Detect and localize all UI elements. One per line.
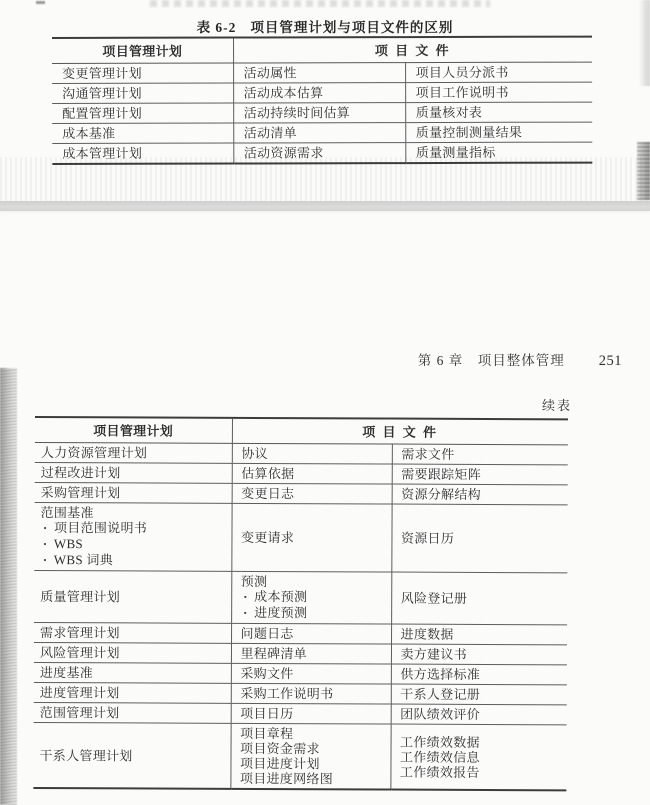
document-cell: 活动成本估算 (233, 83, 405, 103)
cell-line: 供方选择标准 (400, 667, 563, 683)
cell-line: 预测 (241, 574, 387, 590)
cell-line: 配置管理计划 (62, 106, 229, 121)
page-edge-shadow-top (639, 0, 650, 86)
document-cell: 活动清单 (233, 123, 405, 143)
cell-line: •WBS 词典 (40, 552, 227, 569)
cutoff-text-remnant (150, 0, 490, 7)
cell-line: 项目进度计划 (240, 756, 386, 772)
table-row: 范围管理计划项目日历团队绩效评价 (34, 702, 567, 724)
cell-line: 问题日志 (241, 626, 387, 642)
table-row: 干系人管理计划项目章程项目资金需求项目进度计划项目进度网络图工作绩效数据工作绩效… (33, 722, 566, 790)
cell-line: 采购文件 (240, 666, 386, 682)
plan-cell: 需求管理计划 (34, 622, 231, 643)
column-header-plan: 项目管理计划 (52, 38, 233, 64)
cell-line: 进度数据 (401, 627, 564, 643)
scanned-book-page: 表 6-2项目管理计划与项目文件的区别 项目管理计划 项 目 文 件 变更管理计… (0, 0, 650, 805)
plan-cell: 成本管理计划 (52, 143, 233, 164)
comparison-table-top: 项目管理计划 项 目 文 件 变更管理计划活动属性项目人员分派书沟通管理计划活动… (52, 36, 592, 165)
cell-line: 成本管理计划 (62, 146, 229, 161)
bullet-icon: • (244, 592, 247, 602)
cell-line: 工作绩效数据 (400, 734, 563, 750)
cell-line: 项目资金需求 (240, 741, 386, 757)
document-cell: 需要跟踪矩阵 (392, 464, 568, 485)
plan-cell: 配置管理计划 (52, 103, 233, 123)
table-caption-number: 表 6-2 (197, 20, 237, 35)
cell-text: 项目范围说明书 (54, 520, 147, 535)
cell-line: 活动持续时间估算 (244, 105, 401, 120)
document-cell: 采购文件 (231, 663, 391, 684)
bullet-icon: • (43, 555, 46, 565)
cell-line: 风险登记册 (401, 591, 564, 607)
column-header-documents: 项 目 文 件 (233, 37, 592, 63)
document-cell: 预测•成本预测•进度预测 (231, 571, 391, 624)
document-cell: 进度数据 (391, 624, 567, 645)
cell-line: 变更请求 (241, 530, 387, 546)
cell-line: 人力资源管理计划 (41, 445, 228, 461)
comparison-table-continued: 项目管理计划 项 目 文 件 人力资源管理计划协议需求文件过程改进计划估算依据需… (33, 416, 568, 791)
document-cell: 活动持续时间估算 (233, 103, 405, 123)
table-caption-title: 项目管理计划与项目文件的区别 (250, 20, 453, 35)
cell-line: •WBS (40, 536, 227, 553)
cell-line: 工作绩效信息 (400, 749, 563, 765)
bullet-icon: • (43, 523, 46, 533)
table-row: 进度管理计划采购工作说明书干系人登记册 (34, 682, 567, 704)
cell-text: WBS 词典 (54, 552, 113, 567)
table-row: 变更管理计划活动属性项目人员分派书 (52, 62, 592, 83)
cell-line: 需求管理计划 (40, 625, 227, 641)
document-cell: 项目章程项目资金需求项目进度计划项目进度网络图 (230, 723, 390, 789)
cell-line: 变更日志 (241, 486, 387, 502)
cell-line: 变更管理计划 (62, 66, 229, 81)
cell-line: 资源分解结构 (401, 487, 564, 503)
table-row: 进度基准采购文件供方选择标准 (34, 662, 567, 684)
cell-line: 活动属性 (244, 65, 401, 80)
cell-line: 风险管理计划 (40, 645, 227, 661)
cell-line: 范围管理计划 (40, 705, 227, 721)
cell-line: 里程碑清单 (240, 646, 386, 662)
plan-cell: 变更管理计划 (52, 63, 233, 83)
cell-text: WBS (54, 536, 83, 551)
cell-line: 干系人管理计划 (39, 748, 226, 764)
plan-cell: 进度管理计划 (34, 682, 231, 703)
table-row: 质量管理计划预测•成本预测•进度预测风险登记册 (34, 570, 567, 624)
cell-line: 活动清单 (244, 125, 401, 140)
cell-line: •进度预测 (241, 605, 387, 622)
cell-text: 成本预测 (254, 589, 307, 604)
page-number: 251 (599, 353, 622, 370)
cell-text: 进度预测 (254, 605, 307, 620)
cell-line: 范围基准 (41, 505, 228, 521)
cell-line: 项目工作说明书 (416, 85, 589, 100)
cell-line: 质量管理计划 (40, 589, 227, 605)
document-cell: 团队绩效评价 (391, 704, 567, 725)
plan-cell: 范围基准•项目范围说明书•WBS•WBS 词典 (34, 502, 231, 571)
document-cell: 需求文件 (392, 444, 568, 465)
table-row: 风险管理计划里程碑清单卖方建议书 (34, 642, 567, 664)
cell-line: •项目范围说明书 (40, 520, 227, 537)
table-row: 配置管理计划活动持续时间估算质量核对表 (52, 102, 592, 123)
plan-cell: 风险管理计划 (34, 642, 231, 663)
cell-line: 采购管理计划 (41, 485, 228, 501)
cell-line: 干系人登记册 (400, 687, 563, 703)
plan-cell: 范围管理计划 (34, 702, 231, 723)
table-row: 过程改进计划估算依据需要跟踪矩阵 (35, 462, 568, 484)
document-cell: 质量控制测量结果 (405, 122, 592, 142)
document-cell: 资源日历 (391, 504, 567, 573)
table-caption: 表 6-2项目管理计划与项目文件的区别 (0, 16, 650, 36)
cell-line: •成本预测 (241, 589, 387, 606)
bullet-icon: • (244, 608, 247, 618)
document-cell: 资源分解结构 (392, 484, 568, 505)
document-cell: 项目人员分派书 (405, 62, 592, 82)
plan-cell: 质量管理计划 (34, 570, 231, 623)
table-header-row: 项目管理计划 项 目 文 件 (35, 417, 568, 445)
document-cell: 变更日志 (232, 483, 392, 504)
cell-line: 团队绩效评价 (400, 707, 563, 723)
cell-line: 项目进度网络图 (240, 771, 386, 787)
document-cell: 质量测量指标 (405, 142, 592, 163)
document-cell: 项目日历 (231, 703, 391, 724)
document-cell: 活动属性 (233, 63, 405, 83)
cell-line: 估算依据 (241, 466, 387, 482)
column-header-documents: 项 目 文 件 (232, 418, 568, 445)
plan-cell: 人力资源管理计划 (35, 442, 232, 463)
column-header-plan: 项目管理计划 (35, 417, 232, 443)
document-cell: 工作绩效数据工作绩效信息工作绩效报告 (390, 724, 566, 790)
table-row: 范围基准•项目范围说明书•WBS•WBS 词典变更请求资源日历 (34, 502, 567, 572)
document-cell: 供方选择标准 (391, 664, 567, 685)
cell-line: 需要跟踪矩阵 (401, 467, 564, 483)
table-row: 人力资源管理计划协议需求文件 (35, 442, 568, 464)
cell-line: 项目日历 (240, 706, 386, 722)
running-header: 第 6 章 项目整体管理251 (0, 349, 622, 370)
document-cell: 卖方建议书 (391, 644, 567, 665)
plan-cell: 沟通管理计划 (52, 83, 233, 103)
cell-line: 协议 (241, 446, 387, 462)
cell-line: 进度管理计划 (40, 685, 227, 701)
cell-line: 质量核对表 (416, 105, 589, 120)
cell-line: 过程改进计划 (41, 465, 228, 481)
document-cell: 变更请求 (231, 503, 391, 572)
document-cell: 里程碑清单 (231, 643, 391, 664)
plan-cell: 干系人管理计划 (33, 722, 230, 788)
continued-table-label: 续表 (0, 395, 572, 414)
document-cell: 采购工作说明书 (231, 683, 391, 704)
document-cell: 质量核对表 (405, 102, 592, 122)
cell-line: 活动资源需求 (244, 145, 401, 160)
scan-artifact-dash (36, 1, 45, 4)
cell-line: 质量控制测量结果 (416, 125, 589, 140)
cell-line: 进度基准 (40, 665, 227, 681)
cell-line: 采购工作说明书 (240, 686, 386, 702)
table-row: 成本管理计划活动资源需求质量测量指标 (52, 142, 592, 164)
bullet-icon: • (43, 539, 46, 549)
table-header-row: 项目管理计划 项 目 文 件 (52, 37, 592, 64)
cell-line: 资源日历 (401, 531, 564, 547)
table-row: 需求管理计划问题日志进度数据 (34, 622, 567, 644)
document-cell: 风险登记册 (391, 572, 567, 625)
cell-line: 活动成本估算 (244, 85, 401, 100)
table-row: 采购管理计划变更日志资源分解结构 (35, 482, 568, 504)
document-cell: 活动资源需求 (233, 143, 405, 164)
cell-line: 成本基准 (62, 126, 229, 141)
book-spine-shadow (0, 368, 17, 805)
document-cell: 干系人登记册 (391, 684, 567, 705)
cell-line: 项目人员分派书 (416, 65, 589, 80)
page-separator (0, 201, 650, 211)
table-row: 成本基准活动清单质量控制测量结果 (52, 122, 592, 143)
cell-line: 质量测量指标 (416, 145, 589, 160)
document-cell: 协议 (232, 443, 392, 464)
cell-line: 需求文件 (401, 447, 564, 463)
cell-line: 卖方建议书 (400, 647, 563, 663)
chapter-title: 第 6 章 项目整体管理 (418, 353, 565, 368)
document-cell: 项目工作说明书 (405, 82, 592, 102)
cell-line: 项目章程 (240, 726, 386, 742)
plan-cell: 过程改进计划 (35, 462, 232, 483)
plan-cell: 成本基准 (52, 123, 233, 143)
table-row: 沟通管理计划活动成本估算项目工作说明书 (52, 82, 592, 103)
document-cell: 估算依据 (232, 463, 392, 484)
document-cell: 问题日志 (231, 623, 391, 644)
cell-line: 沟通管理计划 (62, 86, 229, 101)
plan-cell: 采购管理计划 (35, 482, 232, 503)
cell-line: 工作绩效报告 (400, 764, 563, 780)
plan-cell: 进度基准 (34, 662, 231, 683)
